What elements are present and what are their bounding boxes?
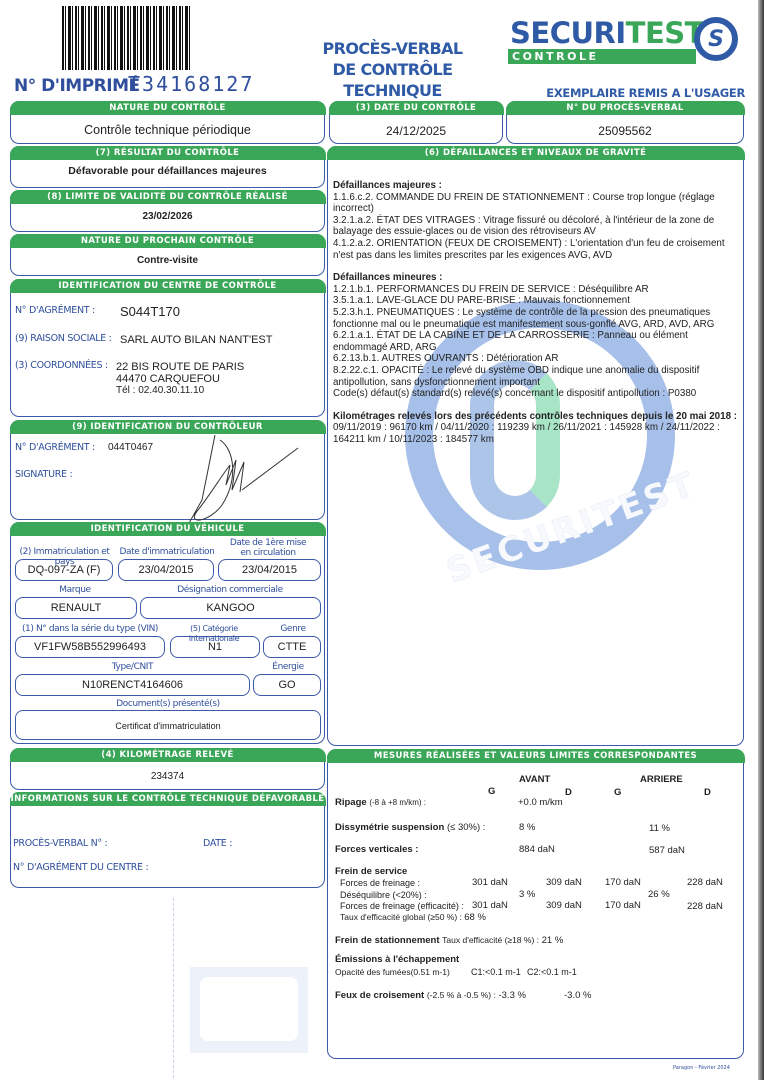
phone-number: Tél : 02.40.30.11.10 <box>116 385 244 397</box>
pv-num-label: PROCÈS-VERBAL N° : <box>13 838 107 849</box>
categorie-field: N1 <box>170 636 260 658</box>
feux-label: Feux de croisement <box>335 990 424 1001</box>
limite-validite-title: (8) LIMITE DE VALIDITÉ DU CONTRÔLE RÉALI… <box>10 190 326 204</box>
forces-freinage-label: Forces de freinage : <box>340 878 420 888</box>
ripage-row: Ripage (-8 à +8 m/km) : <box>335 797 426 808</box>
address-line-2: 44470 CARQUEFOU <box>116 373 244 385</box>
resultat-value: Défavorable pour défaillances majeures <box>11 165 324 177</box>
km-history: Kilométrages relevés lors des précédents… <box>333 411 743 446</box>
forces-freinage-avd: 309 daN <box>546 877 582 888</box>
raison-sociale-label: (9) RAISON SOCIALE : <box>15 333 112 344</box>
majeure-item: 1.1.6.c.2. COMMANDE DU FREIN DE STATIONN… <box>333 192 743 215</box>
type-field: N10RENCT4164606 <box>15 674 250 696</box>
securitest-logo: SECURITEST <box>510 16 704 50</box>
vehicule-title: IDENTIFICATION DU VÉHICULE <box>10 522 326 536</box>
agrement-centre-label: N° D'AGRÉMENT DU CENTRE : <box>13 862 148 873</box>
mesures-title: MESURES RÉALISÉES ET VALEURS LIMITES COR… <box>327 749 745 763</box>
controleur-agrement-label: N° D'AGRÉMENT : <box>15 442 95 453</box>
desequilibre-arriere: 26 % <box>648 889 670 900</box>
centre-agrement-value: S044T170 <box>120 304 180 319</box>
logo-tagline: CONTROLE TECHNIQUE <box>508 49 696 64</box>
feux-g-value: -3.3 % <box>498 990 525 1001</box>
defaillances-title: (6) DÉFAILLANCES ET NIVEAUX DE GRAVITÉ <box>327 146 745 160</box>
arriere-header: ARRIERE <box>640 774 683 785</box>
forces-freinage-arg: 170 daN <box>605 877 641 888</box>
taux-global-row: Taux d'efficacité global (≥50 %) : 68 % <box>340 912 486 923</box>
dissymetrie-arriere: 11 % <box>649 823 670 834</box>
defaillances-content: Défaillances majeures : 1.1.6.c.2. COMMA… <box>333 180 743 445</box>
frein-stationnement-label: Frein de stationnement <box>335 935 440 946</box>
mineure-item: 8.2.22.c.1. OPACITÉ : Le relevé du systè… <box>333 365 743 388</box>
date-immat-field: 23/04/2015 <box>118 559 214 581</box>
feux-d-value: -3.0 % <box>564 990 591 1001</box>
opacite-c1: C1:<0.1 m-1 <box>471 967 521 977</box>
date-controle-title: (3) DATE DU CONTRÔLE <box>329 101 504 115</box>
immat-field: DQ-097-ZA (F) <box>15 559 113 581</box>
avant-g-header: G <box>488 786 495 797</box>
ripage-label: Ripage <box>335 797 367 808</box>
mineure-item: 6.2.13.b.1. AUTRES OUVRANTS : Détériorat… <box>333 353 743 365</box>
num-pv-value: 25095562 <box>507 124 743 138</box>
mineure-item: 3.5.1.a.1. LAVE-GLACE DU PARE-BRISE : Ma… <box>333 295 743 307</box>
forces-freinage-avg: 301 daN <box>472 877 508 888</box>
title-line-2: DE CONTRÔLE TECHNIQUE <box>285 59 500 101</box>
mineure-item: 6.2.1.a.1. ÉTAT DE LA CABINE ET DE LA CA… <box>333 330 743 353</box>
stamp-window <box>200 977 298 1041</box>
prochain-controle-value: Contre-visite <box>11 255 324 266</box>
forces-verticales-label: Forces verticales : <box>335 844 418 855</box>
vin-label: (1) N° dans la série du type (VIN) <box>15 624 165 634</box>
imprime-number: T34168127 <box>128 72 254 96</box>
frein-stationnement-value: 21 % <box>542 935 564 946</box>
date-mec-label-1: Date de 1ère mise <box>218 538 318 548</box>
kilometrage-box: (4) KILOMÉTRAGE RELEVÉ 234374 <box>10 748 325 790</box>
majeure-item: 3.2.1.a.2. ÉTAT DES VITRAGES : Vitrage f… <box>333 215 743 238</box>
date-mec-label: Date de 1ère mise en circulation <box>218 538 318 558</box>
mineure-item: 1.2.1.b.1. PERFORMANCES DU FREIN DE SERV… <box>333 284 743 296</box>
designation-label: Désignation commerciale <box>140 585 320 595</box>
centre-title: IDENTIFICATION DU CENTRE DE CONTRÔLE <box>10 279 326 293</box>
energie-field: GO <box>253 674 321 696</box>
resultat-title: (7) RÉSULTAT DU CONTRÔLE <box>10 146 326 160</box>
raison-sociale-value: SARL AUTO BILAN NANT'EST <box>120 334 272 346</box>
km-history-title: Kilométrages relevés lors des précédents… <box>333 411 737 422</box>
arriere-d-header: D <box>704 787 711 798</box>
logo-part-2: TEST <box>626 16 704 50</box>
documents-field: Certificat d'immatriculation <box>15 710 321 740</box>
num-pv-title: N° DU PROCÈS-VERBAL <box>506 101 745 115</box>
frein-service-label: Frein de service <box>335 866 407 877</box>
vin-field: VF1FW58B552996493 <box>15 636 165 658</box>
feux-limit: (-2.5 % à -0.5 %) : <box>427 990 496 1000</box>
taux-global-label: Taux d'efficacité global (≥50 %) : <box>340 912 462 922</box>
dissymetrie-label: Dissymétrie suspension <box>335 822 444 833</box>
date-mec-label-2: en circulation <box>218 548 318 558</box>
footer-note: Paragon - Février 2024 <box>673 1065 730 1071</box>
forces-verticales-arriere: 587 daN <box>649 845 685 856</box>
type-label: Type/CNIT <box>15 662 250 672</box>
mineures-title: Défaillances mineures : <box>333 272 442 283</box>
resultat-box: (7) RÉSULTAT DU CONTRÔLE Défavorable pou… <box>10 146 325 188</box>
kilometrage-title: (4) KILOMÉTRAGE RELEVÉ <box>10 748 326 762</box>
feux-row: Feux de croisement (-2.5 % à -0.5 %) : -… <box>335 990 526 1001</box>
forces-verticales-avant: 884 daN <box>519 844 555 855</box>
barcode <box>62 6 190 70</box>
energie-label: Énergie <box>253 662 323 672</box>
page-edge <box>758 0 764 1080</box>
limite-validite-value: 23/02/2026 <box>11 211 324 222</box>
forces-efficacite-label: Forces de freinage (efficacité) : <box>340 901 464 911</box>
dissymetrie-row: Dissymétrie suspension (≤ 30%) : <box>335 822 485 833</box>
desequilibre-avant: 3 % <box>519 889 535 900</box>
prochain-controle-box: NATURE DU PROCHAIN CONTRÔLE Contre-visit… <box>10 234 325 276</box>
signature-icon <box>160 430 300 530</box>
coordonnees-label: (3) COORDONNÉES : <box>15 360 108 371</box>
marque-label: Marque <box>15 585 135 595</box>
taux-global-value: 68 % <box>464 912 486 923</box>
nature-controle-title: NATURE DU CONTRÔLE <box>10 101 326 115</box>
nature-controle-value: Contrôle technique périodique <box>11 123 324 137</box>
dissymetrie-avant: 8 % <box>519 822 535 833</box>
dissymetrie-limit: (≤ 30%) : <box>447 822 485 833</box>
frein-stationnement-sub: Taux d'efficacité (≥18 %) : <box>442 935 539 945</box>
genre-field: CTTE <box>263 636 321 658</box>
forces-freinage-ard: 228 daN <box>687 877 723 888</box>
date-label: DATE : <box>203 838 232 849</box>
desequilibre-label: Déséquilibre (<20%) : <box>340 890 427 900</box>
documents-label: Document(s) présenté(s) <box>15 699 321 709</box>
centre-agrement-label: N° D'AGRÉMENT : <box>15 305 95 316</box>
title-line-1: PROCÈS-VERBAL <box>285 38 500 59</box>
forces-efficacite-avd: 309 daN <box>546 900 582 911</box>
logo-s-icon: S <box>694 17 738 61</box>
majeures-title: Défaillances majeures : <box>333 180 442 191</box>
infos-defavorable-title: INFORMATIONS SUR LE CONTRÔLE TECHNIQUE D… <box>10 792 326 806</box>
ripage-value: +0.0 m/km <box>518 797 563 808</box>
limite-validite-box: (8) LIMITE DE VALIDITÉ DU CONTRÔLE RÉALI… <box>10 190 325 232</box>
kilometrage-value: 234374 <box>11 771 324 782</box>
majeure-item: 4.1.2.a.2. ORIENTATION (FEUX DE CROISEME… <box>333 238 743 261</box>
nature-controle-box: NATURE DU CONTRÔLE Contrôle technique pé… <box>10 101 325 144</box>
num-pv-box: N° DU PROCÈS-VERBAL 25095562 <box>506 101 744 144</box>
mineure-item: 5.2.3.h.1. PNEUMATIQUES : Le système de … <box>333 307 743 330</box>
emissions-label: Émissions à l'échappement <box>335 954 459 965</box>
frein-stationnement-row: Frein de stationnement Taux d'efficacité… <box>335 935 563 946</box>
avant-d-header: D <box>565 787 572 798</box>
date-immat-label: Date d'immatriculation <box>118 547 216 557</box>
forces-efficacite-avg: 301 daN <box>472 900 508 911</box>
opacite-label: Opacité des fumées(0.51 m-1) <box>335 967 450 977</box>
km-history-values: 09/11/2019 : 96170 km / 04/11/2020 : 119… <box>333 422 720 445</box>
coordonnees-value: 22 BIS ROUTE DE PARIS 44470 CARQUEFOU Té… <box>116 361 244 397</box>
prochain-controle-title: NATURE DU PROCHAIN CONTRÔLE <box>10 234 326 248</box>
date-mec-field: 23/04/2015 <box>218 559 321 581</box>
logo-part-1: SECURI <box>510 16 626 50</box>
date-controle-box: (3) DATE DU CONTRÔLE 24/12/2025 <box>329 101 503 144</box>
genre-label: Genre <box>264 624 322 634</box>
document-title: PROCÈS-VERBAL DE CONTRÔLE TECHNIQUE <box>285 38 500 101</box>
forces-efficacite-ard: 228 daN <box>687 901 723 912</box>
address-line-1: 22 BIS ROUTE DE PARIS <box>116 361 244 373</box>
date-controle-value: 24/12/2025 <box>330 124 502 138</box>
forces-efficacite-arg: 170 daN <box>605 900 641 911</box>
avant-header: AVANT <box>519 774 550 785</box>
exemplaire-label: EXEMPLAIRE REMIS A L'USAGER <box>520 86 745 100</box>
designation-field: KANGOO <box>140 597 321 619</box>
arriere-g-header: G <box>614 787 621 798</box>
controleur-agrement-value: 044T0467 <box>108 442 153 453</box>
ripage-limit: (-8 à +8 m/km) : <box>369 798 426 807</box>
fold-line <box>173 898 174 1078</box>
mineure-item: Code(s) défaut(s) standard(s) relevé(s) … <box>333 388 743 400</box>
signature-label: SIGNATURE : <box>15 469 72 480</box>
opacite-c2: C2:<0.1 m-1 <box>527 967 577 977</box>
marque-field: RENAULT <box>15 597 137 619</box>
imprime-label: N° D'IMPRIMÉ <box>14 76 140 96</box>
